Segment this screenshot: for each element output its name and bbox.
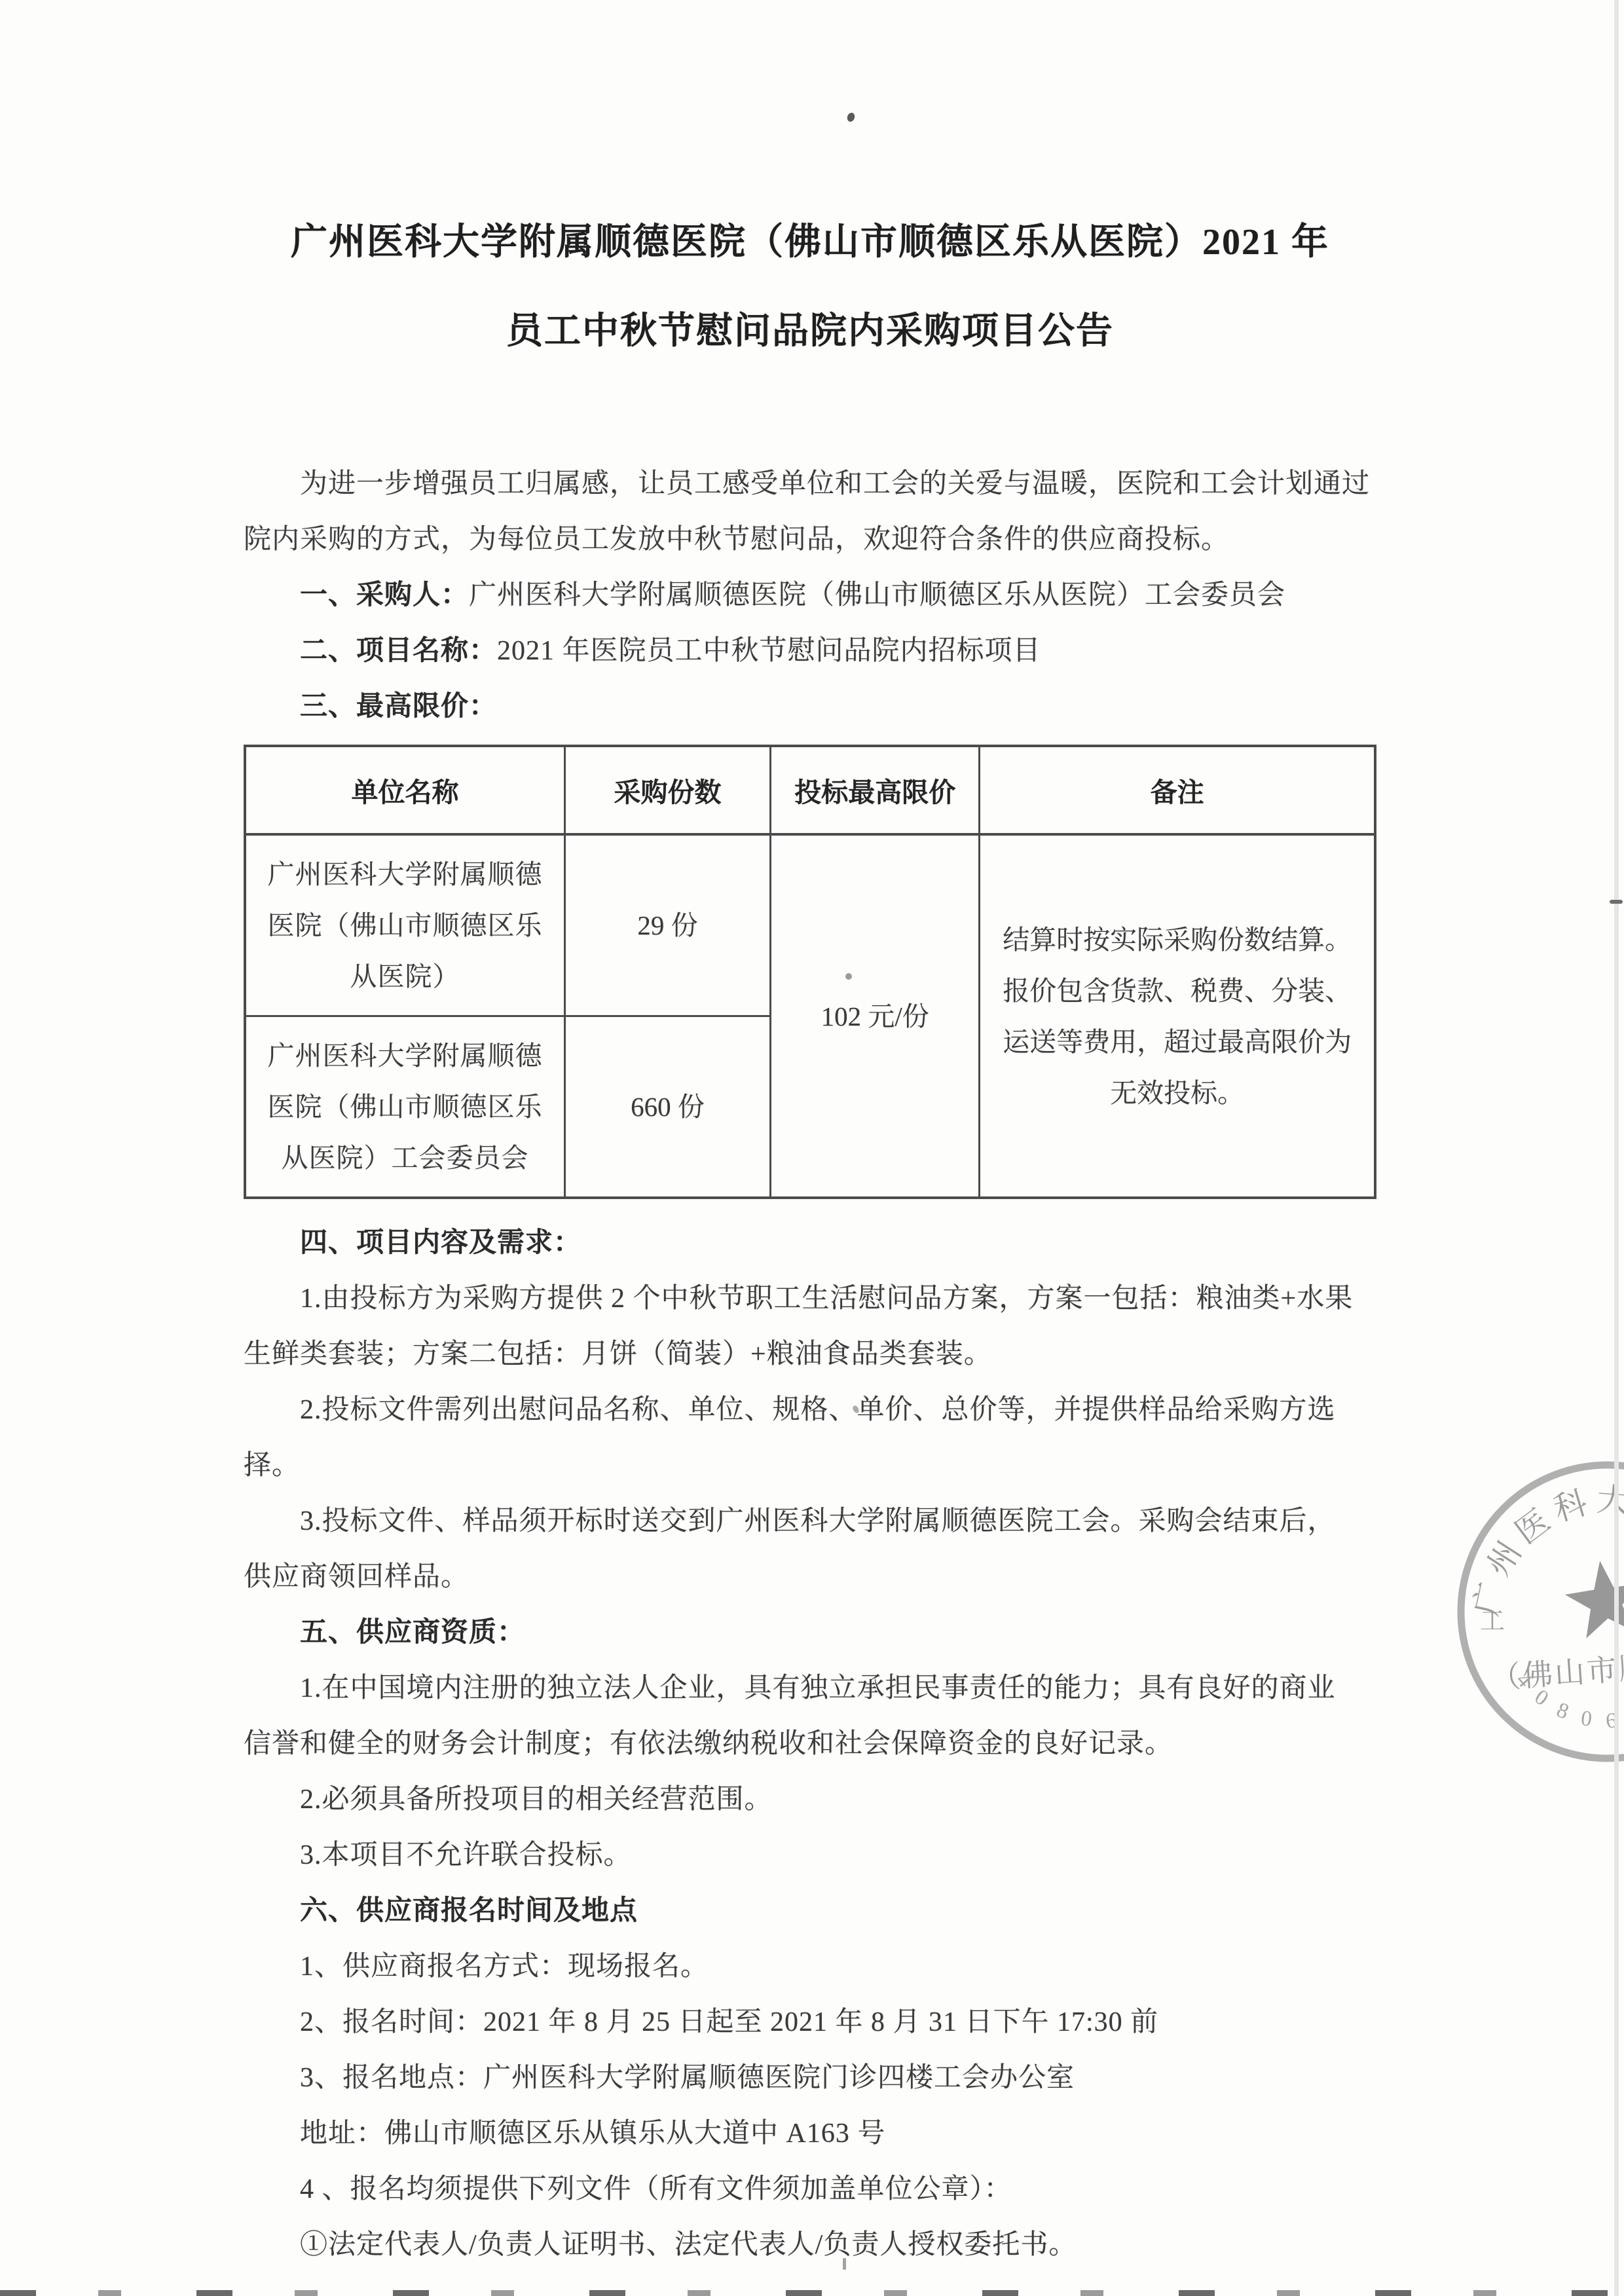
body-line: 2.投标文件需列出慰问品名称、单位、规格、单价、总价等，并提供样品给采购方选 bbox=[244, 1382, 1376, 1437]
body-line: 1、供应商报名方式：现场报名。 bbox=[244, 1938, 1376, 1994]
document-title-line2: 员工中秋节慰问品院内采购项目公告 bbox=[244, 310, 1376, 352]
body-line-purchaser: 一、采购人：广州医科大学附属顺德医院（佛山市顺德区乐从医院）工会委员会 bbox=[244, 567, 1376, 623]
table-header-unit: 单位名称 bbox=[245, 746, 564, 834]
body-line-registration-place: 3、报名地点：广州医科大学附属顺德医院门诊四楼工会办公室 bbox=[244, 2050, 1376, 2105]
document-title-line1: 广州医科大学附属顺德医院（佛山市顺德区乐从医院）2021 年 bbox=[244, 221, 1376, 263]
line-text: 2.投标文件需列出慰问品名称、单位、规格、单价、总价等，并提供样品给采购方选 bbox=[300, 1395, 1336, 1425]
line-text: 生鲜类套装；方案二包括：月饼（简装）+粮油食品类套装。 bbox=[244, 1339, 992, 1369]
line-text: 为进一步增强员工归属感，让员工感受单位和工会的关爱与温暖，医院和工会计划通过 bbox=[300, 469, 1370, 499]
seal-org-text: （佛山市顺德区 bbox=[1489, 1646, 1624, 1695]
line-text: 2021 年医院员工中秋节慰问品院内招标项目 bbox=[497, 636, 1041, 666]
body-line: 3.投标文件、样品须开标时送交到广州医科大学附属顺德医院工会。采购会结束后， bbox=[244, 1493, 1376, 1549]
body-line-section4: 四、项目内容及需求： bbox=[244, 1215, 1376, 1270]
table-header-quantity: 采购份数 bbox=[564, 746, 770, 834]
line-text: 3.投标文件、样品须开标时送交到广州医科大学附属顺德医院工会。采购会结束后， bbox=[300, 1506, 1336, 1536]
scan-edge-tick bbox=[1610, 900, 1623, 904]
table-cell-quantity-2: 660 份 bbox=[564, 1016, 770, 1198]
body-line-project-name: 二、项目名称：2021 年医院员工中秋节慰问品院内招标项目 bbox=[244, 623, 1376, 678]
body-line-max-price-heading: 三、最高限价： bbox=[244, 678, 1376, 734]
body-line: 4 、报名均须提供下列文件（所有文件须加盖单位公章）： bbox=[244, 2161, 1376, 2217]
body-line-section5: 五、供应商资质： bbox=[244, 1604, 1376, 1660]
line-text: ①法定代表人/负责人证明书、法定代表人/负责人授权委托书。 bbox=[300, 2230, 1077, 2260]
body-line-address: 地址：佛山市顺德区乐从镇乐从大道中 A163 号 bbox=[244, 2105, 1376, 2161]
table-cell-note: 结算时按实际采购份数结算。报价包含货款、税费、分装、运送等费用，超过最高限价为无… bbox=[980, 834, 1375, 1198]
scan-artifact-speck bbox=[845, 973, 852, 980]
table-header-row: 单位名称 采购份数 投标最高限价 备注 bbox=[245, 746, 1375, 834]
table-header-max-price: 投标最高限价 bbox=[771, 746, 980, 834]
table-cell-quantity-1: 29 份 bbox=[564, 834, 770, 1016]
body-line: 1.由投标方为采购方提供 2 个中秋节职工生活慰问品方案，方案一包括：粮油类+水… bbox=[244, 1270, 1376, 1326]
line-text: 3、报名地点：广州医科大学附属顺德医院门诊四楼工会办公室 bbox=[300, 2063, 1075, 2093]
scan-artifact-speck bbox=[843, 2258, 846, 2270]
line-heading: 一、采购人： bbox=[300, 579, 469, 610]
line-text: 信誉和健全的财务会计制度；有依法缴纳税收和社会保障资金的良好记录。 bbox=[244, 1729, 1173, 1759]
line-text: 1.由投标方为采购方提供 2 个中秋节职工生活慰问品方案，方案一包括：粮油类+水… bbox=[300, 1284, 1353, 1314]
table-cell-max-price: 102 元/份 bbox=[771, 834, 980, 1198]
line-heading: 二、项目名称： bbox=[300, 635, 497, 665]
body-line: 1.在中国境内注册的独立法人企业，具有独立承担民事责任的能力；具有良好的商业 bbox=[244, 1660, 1376, 1716]
body-line: 为进一步增强员工归属感，让员工感受单位和工会的关爱与温暖，医院和工会计划通过 bbox=[244, 456, 1376, 511]
body-line: 生鲜类套装；方案二包括：月饼（简装）+粮油食品类套装。 bbox=[244, 1326, 1376, 1382]
body-line: 院内采购的方式，为每位员工发放中秋节慰问品，欢迎符合条件的供应商投标。 bbox=[244, 511, 1376, 567]
line-text: 择。 bbox=[244, 1451, 300, 1481]
body-line: 信誉和健全的财务会计制度；有依法缴纳税收和社会保障资金的良好记录。 bbox=[244, 1716, 1376, 1771]
document-content: 广州医科大学附属顺德医院（佛山市顺德区乐从医院）2021 年 员工中秋节慰问品院… bbox=[244, 0, 1376, 2272]
line-text: 2.必须具备所投项目的相关经营范围。 bbox=[300, 1785, 773, 1815]
line-text: 2、报名时间：2021 年 8 月 25 日起至 2021 年 8 月 31 日… bbox=[300, 2007, 1158, 2037]
body-line: 供应商领回样品。 bbox=[244, 1549, 1376, 1604]
line-heading: 四、项目内容及需求： bbox=[300, 1227, 581, 1257]
scanned-document-page: 广州医科大学附属顺德医院（佛山市顺德区乐从医院）2021 年 员工中秋节慰问品院… bbox=[0, 0, 1624, 2296]
body-line: 择。 bbox=[244, 1437, 1376, 1493]
line-text: 1.在中国境内注册的独立法人企业，具有独立承担民事责任的能力；具有良好的商业 bbox=[300, 1673, 1336, 1703]
scan-bottom-band bbox=[0, 2290, 1624, 2296]
table-cell-unit-2: 广州医科大学附属顺德医院（佛山市顺德区乐从医院）工会委员会 bbox=[245, 1016, 564, 1198]
document-body: 为进一步增强员工归属感，让员工感受单位和工会的关爱与温暖，医院和工会计划通过 院… bbox=[244, 456, 1376, 2272]
line-text: 广州医科大学附属顺德医院（佛山市顺德区乐从医院）工会委员会 bbox=[469, 580, 1285, 610]
line-text: 3.本项目不允许联合投标。 bbox=[300, 1840, 632, 1870]
body-line: 2.必须具备所投项目的相关经营范围。 bbox=[244, 1771, 1376, 1827]
official-seal-stamp: 广州医科大学 工 （佛山市顺德区 4080692 bbox=[1454, 1458, 1624, 1766]
body-line-registration-time: 2、报名时间：2021 年 8 月 25 日起至 2021 年 8 月 31 日… bbox=[244, 1994, 1376, 2050]
table-cell-unit-1: 广州医科大学附属顺德医院（佛山市顺德区乐从医院） bbox=[245, 834, 564, 1016]
line-text: 院内采购的方式，为每位员工发放中秋节慰问品，欢迎符合条件的供应商投标。 bbox=[244, 525, 1229, 555]
scan-edge-line bbox=[1614, 0, 1619, 2296]
line-heading: 六、供应商报名时间及地点 bbox=[300, 1895, 638, 1925]
line-heading: 五、供应商资质： bbox=[300, 1616, 525, 1647]
body-line: 3.本项目不允许联合投标。 bbox=[244, 1827, 1376, 1883]
table-header-note: 备注 bbox=[980, 746, 1375, 834]
line-heading: 三、最高限价： bbox=[300, 690, 497, 721]
line-text: 1、供应商报名方式：现场报名。 bbox=[300, 1952, 709, 1982]
table-row: 广州医科大学附属顺德医院（佛山市顺德区乐从医院） 29 份 102 元/份 结算… bbox=[245, 834, 1375, 1016]
seal-side-char: 工 bbox=[1480, 1608, 1505, 1635]
line-text: 供应商领回样品。 bbox=[244, 1562, 469, 1592]
line-text: 4 、报名均须提供下列文件（所有文件须加盖单位公章）： bbox=[300, 2174, 1012, 2204]
body-line: ①法定代表人/负责人证明书、法定代表人/负责人授权委托书。 bbox=[244, 2217, 1376, 2272]
line-text: 地址：佛山市顺德区乐从镇乐从大道中 A163 号 bbox=[300, 2119, 885, 2149]
price-limit-table: 单位名称 采购份数 投标最高限价 备注 广州医科大学附属顺德医院（佛山市顺德区乐… bbox=[244, 745, 1376, 1199]
body-line-section6: 六、供应商报名时间及地点 bbox=[244, 1883, 1376, 1938]
